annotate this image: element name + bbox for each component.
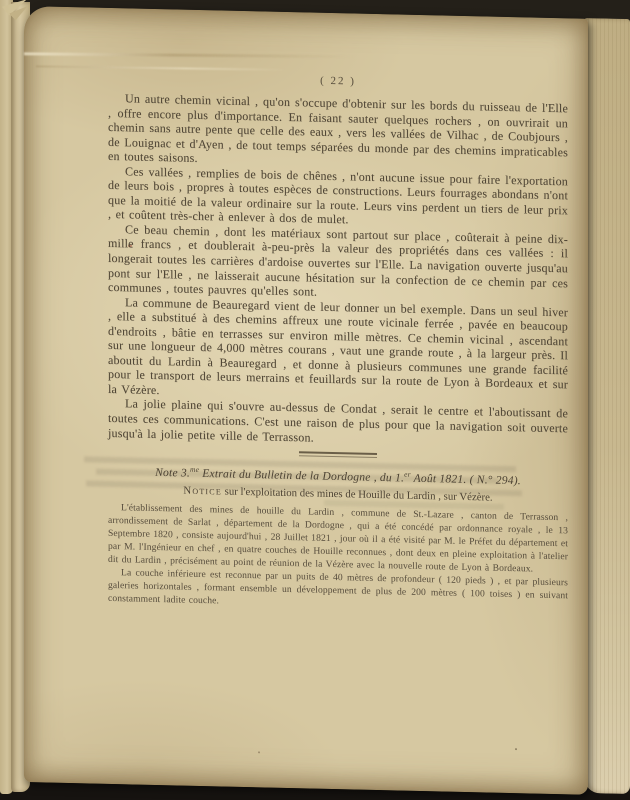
notice-text: L'établissement des mines de houille du …	[108, 501, 568, 615]
note-heading-text: Extrait du Bulletin de la Dordogne , du …	[199, 467, 404, 485]
note-heading-superscript: me	[190, 465, 199, 474]
paper-crease	[36, 65, 286, 70]
note-heading-text: Août 1821. ( N.° 294).	[411, 472, 521, 487]
paragraph: Ces vallées , remplies de bois de chênes…	[108, 164, 568, 233]
notice-paragraph: L'établissement des mines de houille du …	[108, 501, 568, 576]
paragraph: Ce beau chemin , dont les matériaux sont…	[108, 222, 568, 305]
ink-speck	[258, 751, 260, 753]
note-heading-superscript: er	[404, 470, 411, 479]
text-column: ( 22 ) Un autre chemin vicinal , qu'on s…	[108, 70, 568, 615]
adjacent-page-edge	[584, 18, 630, 794]
paper-crease	[24, 52, 354, 58]
notice-heading-text: sur l'exploitation des mines de Houille …	[222, 485, 493, 503]
paragraph: La commune de Beauregard vient de leur d…	[108, 295, 568, 407]
body-text: Un autre chemin vicinal , qu'on s'occupe…	[108, 91, 568, 451]
section-divider	[299, 451, 377, 458]
paragraph: La jolie plaine qui s'ouvre au-dessus de…	[108, 396, 568, 450]
page-number: ( 22 )	[108, 70, 568, 92]
ink-speck	[515, 748, 517, 750]
note-heading-text: Note 3.	[155, 466, 190, 480]
book-page: ( 22 ) Un autre chemin vicinal , qu'on s…	[24, 6, 588, 795]
notice-heading-lead: Notice	[183, 485, 222, 498]
paragraph: Un autre chemin vicinal , qu'on s'occupe…	[108, 91, 568, 174]
